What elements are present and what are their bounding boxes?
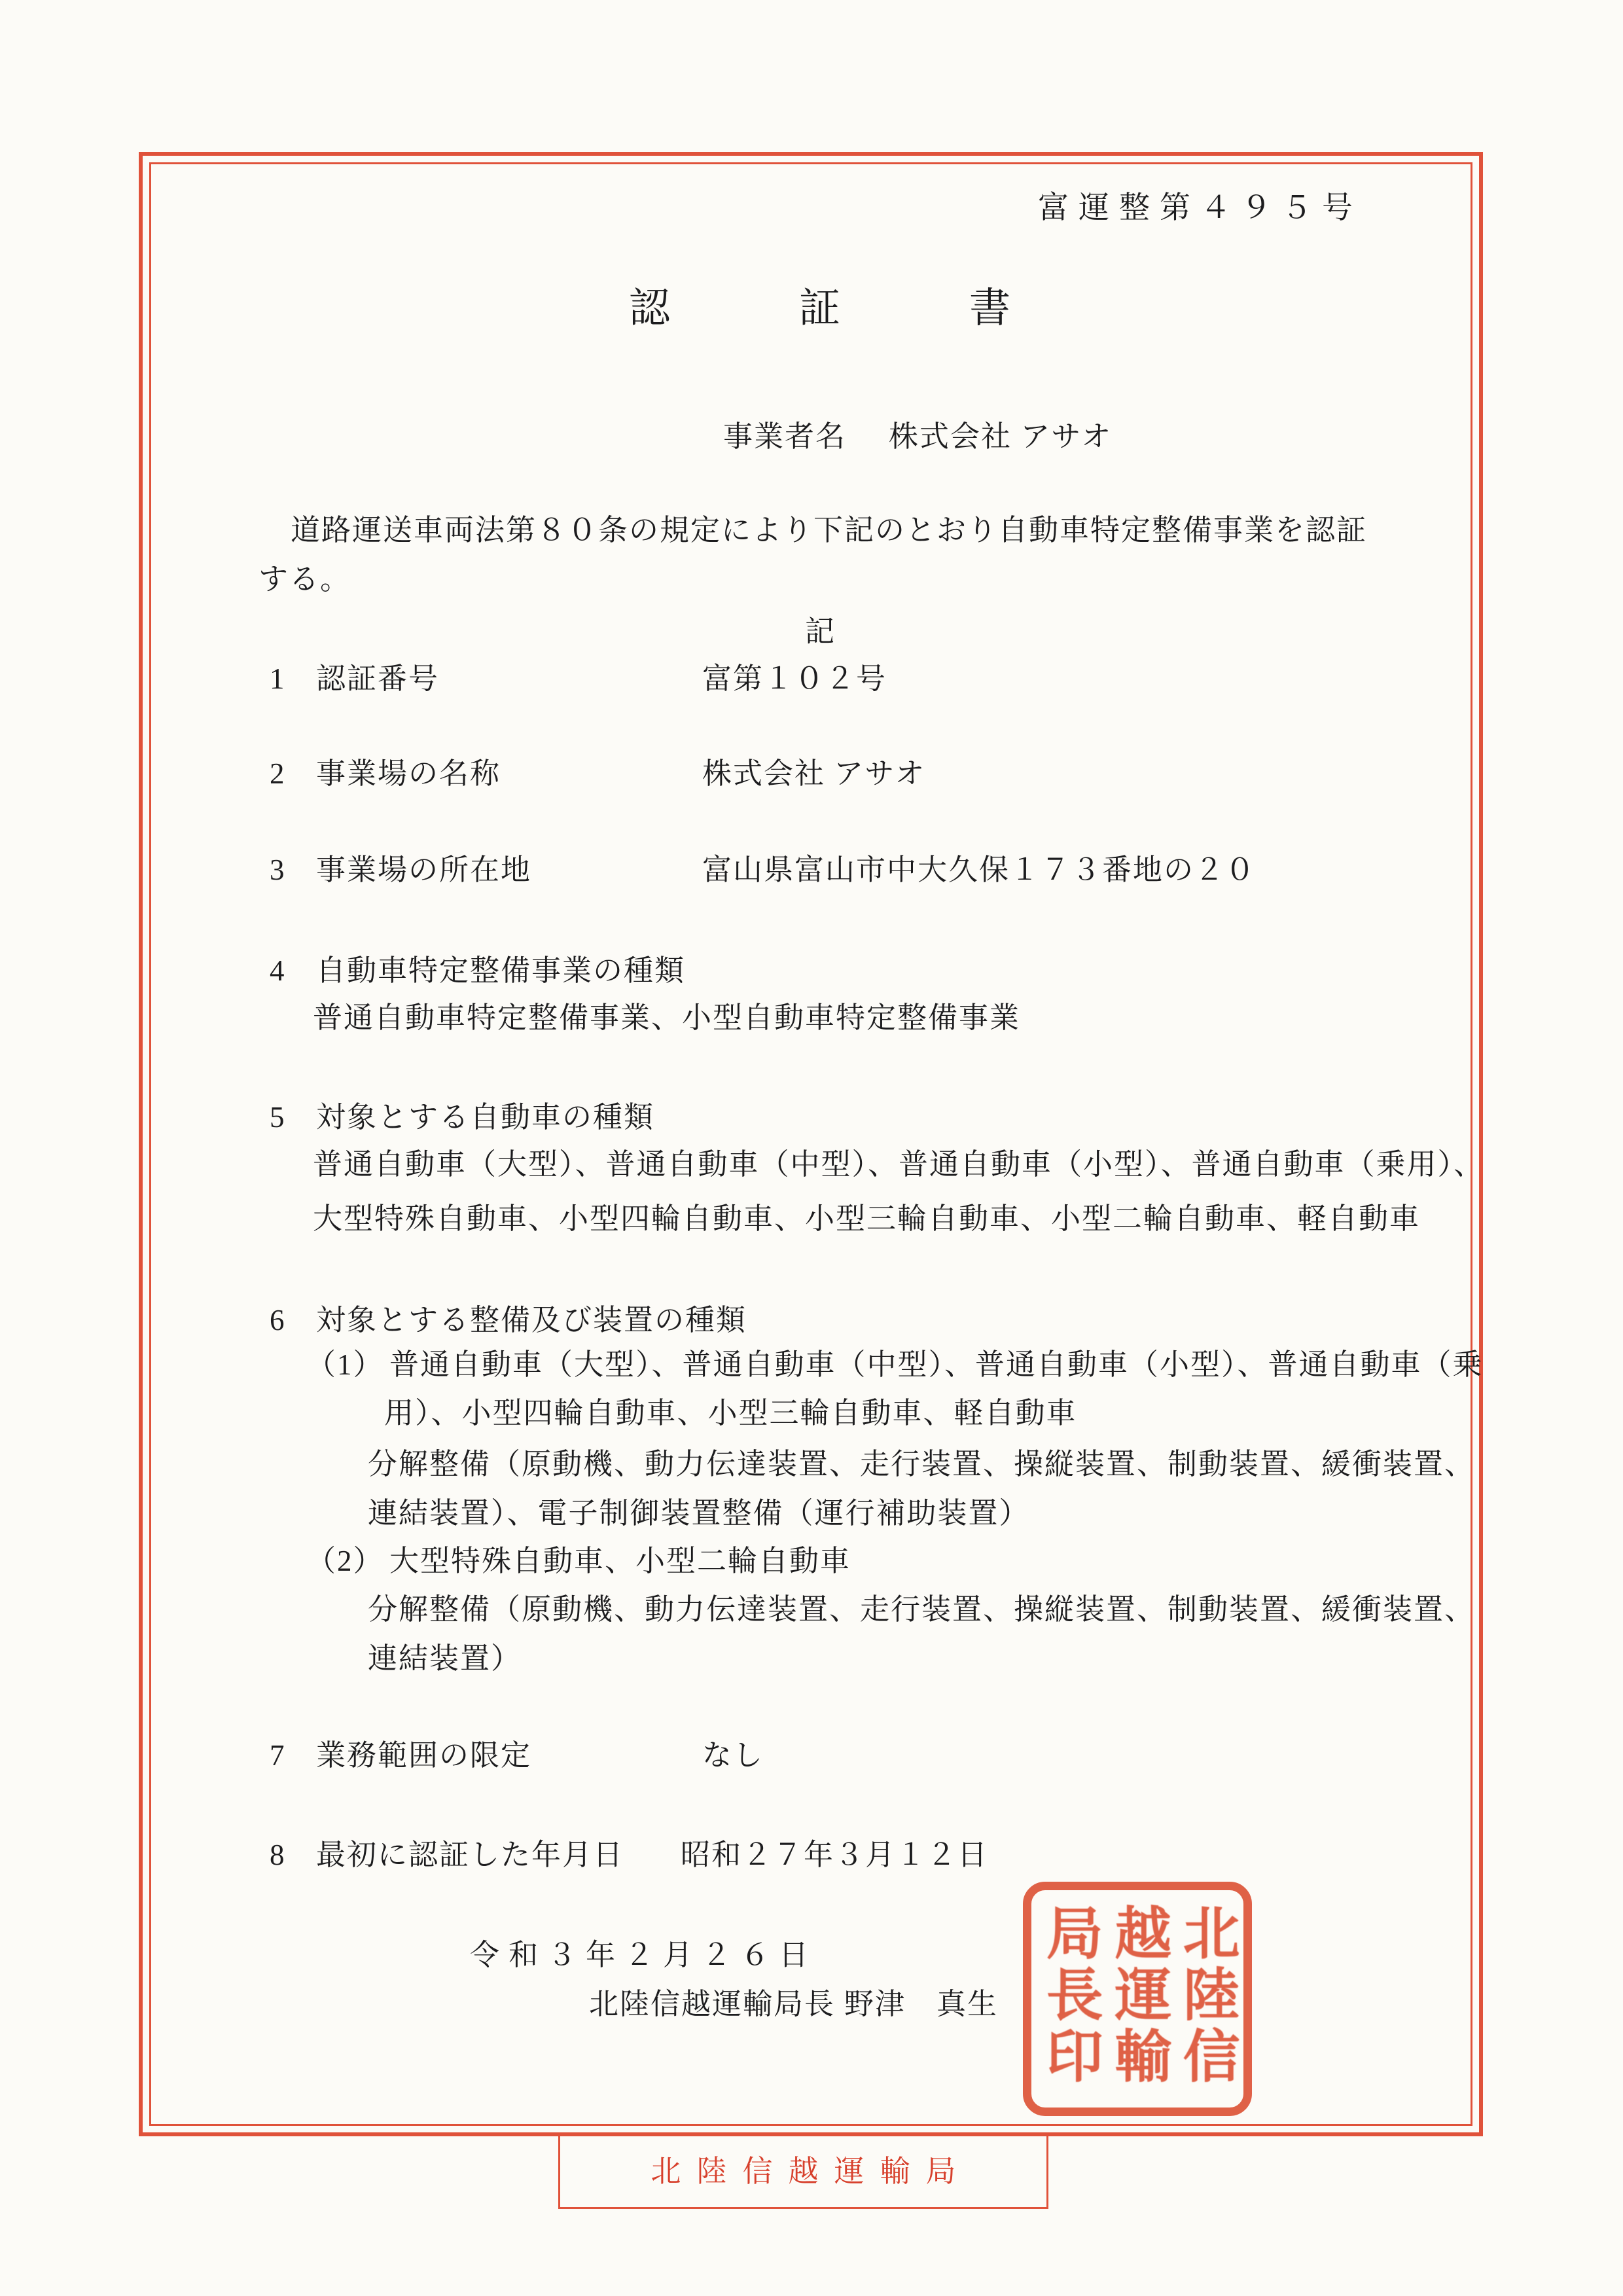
item-2-label: 事業場の名称 <box>316 759 501 789</box>
item-1-label: 認証番号 <box>316 664 439 694</box>
item-8-number: 8 <box>270 1840 286 1870</box>
item-6-sub-5-text: 大型特殊自動車、小型二輪自動車 <box>389 1547 851 1576</box>
item-5-label: 対象とする自動車の種類 <box>316 1103 654 1132</box>
item-7-label: 業務範囲の限定 <box>316 1741 531 1770</box>
official-seal: 北陸信越運輸局長印 <box>1023 1882 1252 2116</box>
item-7-number: 7 <box>270 1741 286 1770</box>
item-6-sub-6-text: 分解整備（原動機、動力伝達装置、走行装置、操縦装置、制動装置、緩衝装置、 <box>368 1595 1475 1624</box>
item-2-value: 株式会社 アサオ <box>702 759 925 789</box>
applicant-value: 株式会社 アサオ <box>889 422 1112 452</box>
item-2-number: 2 <box>270 759 286 789</box>
item-3-value: 富山県富山市中大久保１７３番地の２０ <box>702 855 1256 885</box>
item-4-line-1: 普通自動車特定整備事業、小型自動車特定整備事業 <box>313 1003 1020 1033</box>
item-6-sub-5-marker: （2） <box>306 1547 384 1576</box>
item-6-sub-4-text: 連結装置）、電子制御装置整備（運行補助装置） <box>368 1499 1030 1528</box>
item-6-number: 6 <box>270 1306 286 1335</box>
body-paragraph-line-1: 道路運送車両法第８０条の規定により下記のとおり自動車特定整備事業を認証 <box>291 516 1367 545</box>
item-8-value: 昭和２７年３月１２日 <box>681 1840 988 1870</box>
item-8-label: 最初に認証した年月日 <box>316 1840 624 1870</box>
document-title: 認証書 <box>629 288 1139 329</box>
item-4-label: 自動車特定整備事業の種類 <box>316 956 685 986</box>
item-3-label: 事業場の所在地 <box>316 855 531 885</box>
item-6-sub-3-text: 分解整備（原動機、動力伝達装置、走行装置、操縦装置、制動装置、緩衝装置、 <box>368 1450 1475 1479</box>
item-1-value: 富第１０２号 <box>702 664 887 694</box>
item-6-sub-2-text: 用）、小型四輪自動車、小型三輪自動車、軽自動車 <box>384 1399 1077 1428</box>
list-header-marker: 記 <box>805 617 836 647</box>
item-5-line-1: 普通自動車（大型）、普通自動車（中型）、普通自動車（小型）、普通自動車（乗用）、 <box>313 1150 1484 1179</box>
footer-office-box: 北陸信越運輸局 <box>558 2136 1048 2209</box>
item-4-number: 4 <box>270 956 286 986</box>
issue-date: 令和３年２月２６日 <box>470 1941 817 1970</box>
item-6-sub-7-text: 連結装置） <box>368 1644 522 1674</box>
item-1-number: 1 <box>270 664 286 694</box>
item-7-value: なし <box>702 1741 764 1770</box>
item-6-sub-1-marker: （1） <box>306 1350 384 1380</box>
issuer-title: 北陸信越運輸局長 <box>589 1990 835 2019</box>
item-3-number: 3 <box>270 855 286 885</box>
document-ref-number: 富運整第４９５号 <box>1038 193 1363 224</box>
certificate-frame-inner <box>149 162 1472 2126</box>
certificate-page: 富運整第４９５号 認証書 事業者名 株式会社 アサオ 道路運送車両法第８０条の規… <box>0 0 1623 2296</box>
item-6-sub-1-text: 普通自動車（大型）、普通自動車（中型）、普通自動車（小型）、普通自動車（乗 <box>389 1350 1484 1380</box>
footer-office-label: 北陸信越運輸局 <box>635 2157 972 2187</box>
item-5-line-2: 大型特殊自動車、小型四輪自動車、小型三輪自動車、小型二輪自動車、軽自動車 <box>313 1204 1420 1234</box>
applicant-label: 事業者名 <box>723 422 846 452</box>
official-seal-text: 北陸信越運輸局長印 <box>1035 1903 1240 2094</box>
item-5-number: 5 <box>270 1103 286 1132</box>
item-6-label: 対象とする整備及び装置の種類 <box>316 1306 747 1335</box>
issuer-name: 野津 真生 <box>844 1990 998 2019</box>
body-paragraph-line-2: する。 <box>259 565 351 594</box>
